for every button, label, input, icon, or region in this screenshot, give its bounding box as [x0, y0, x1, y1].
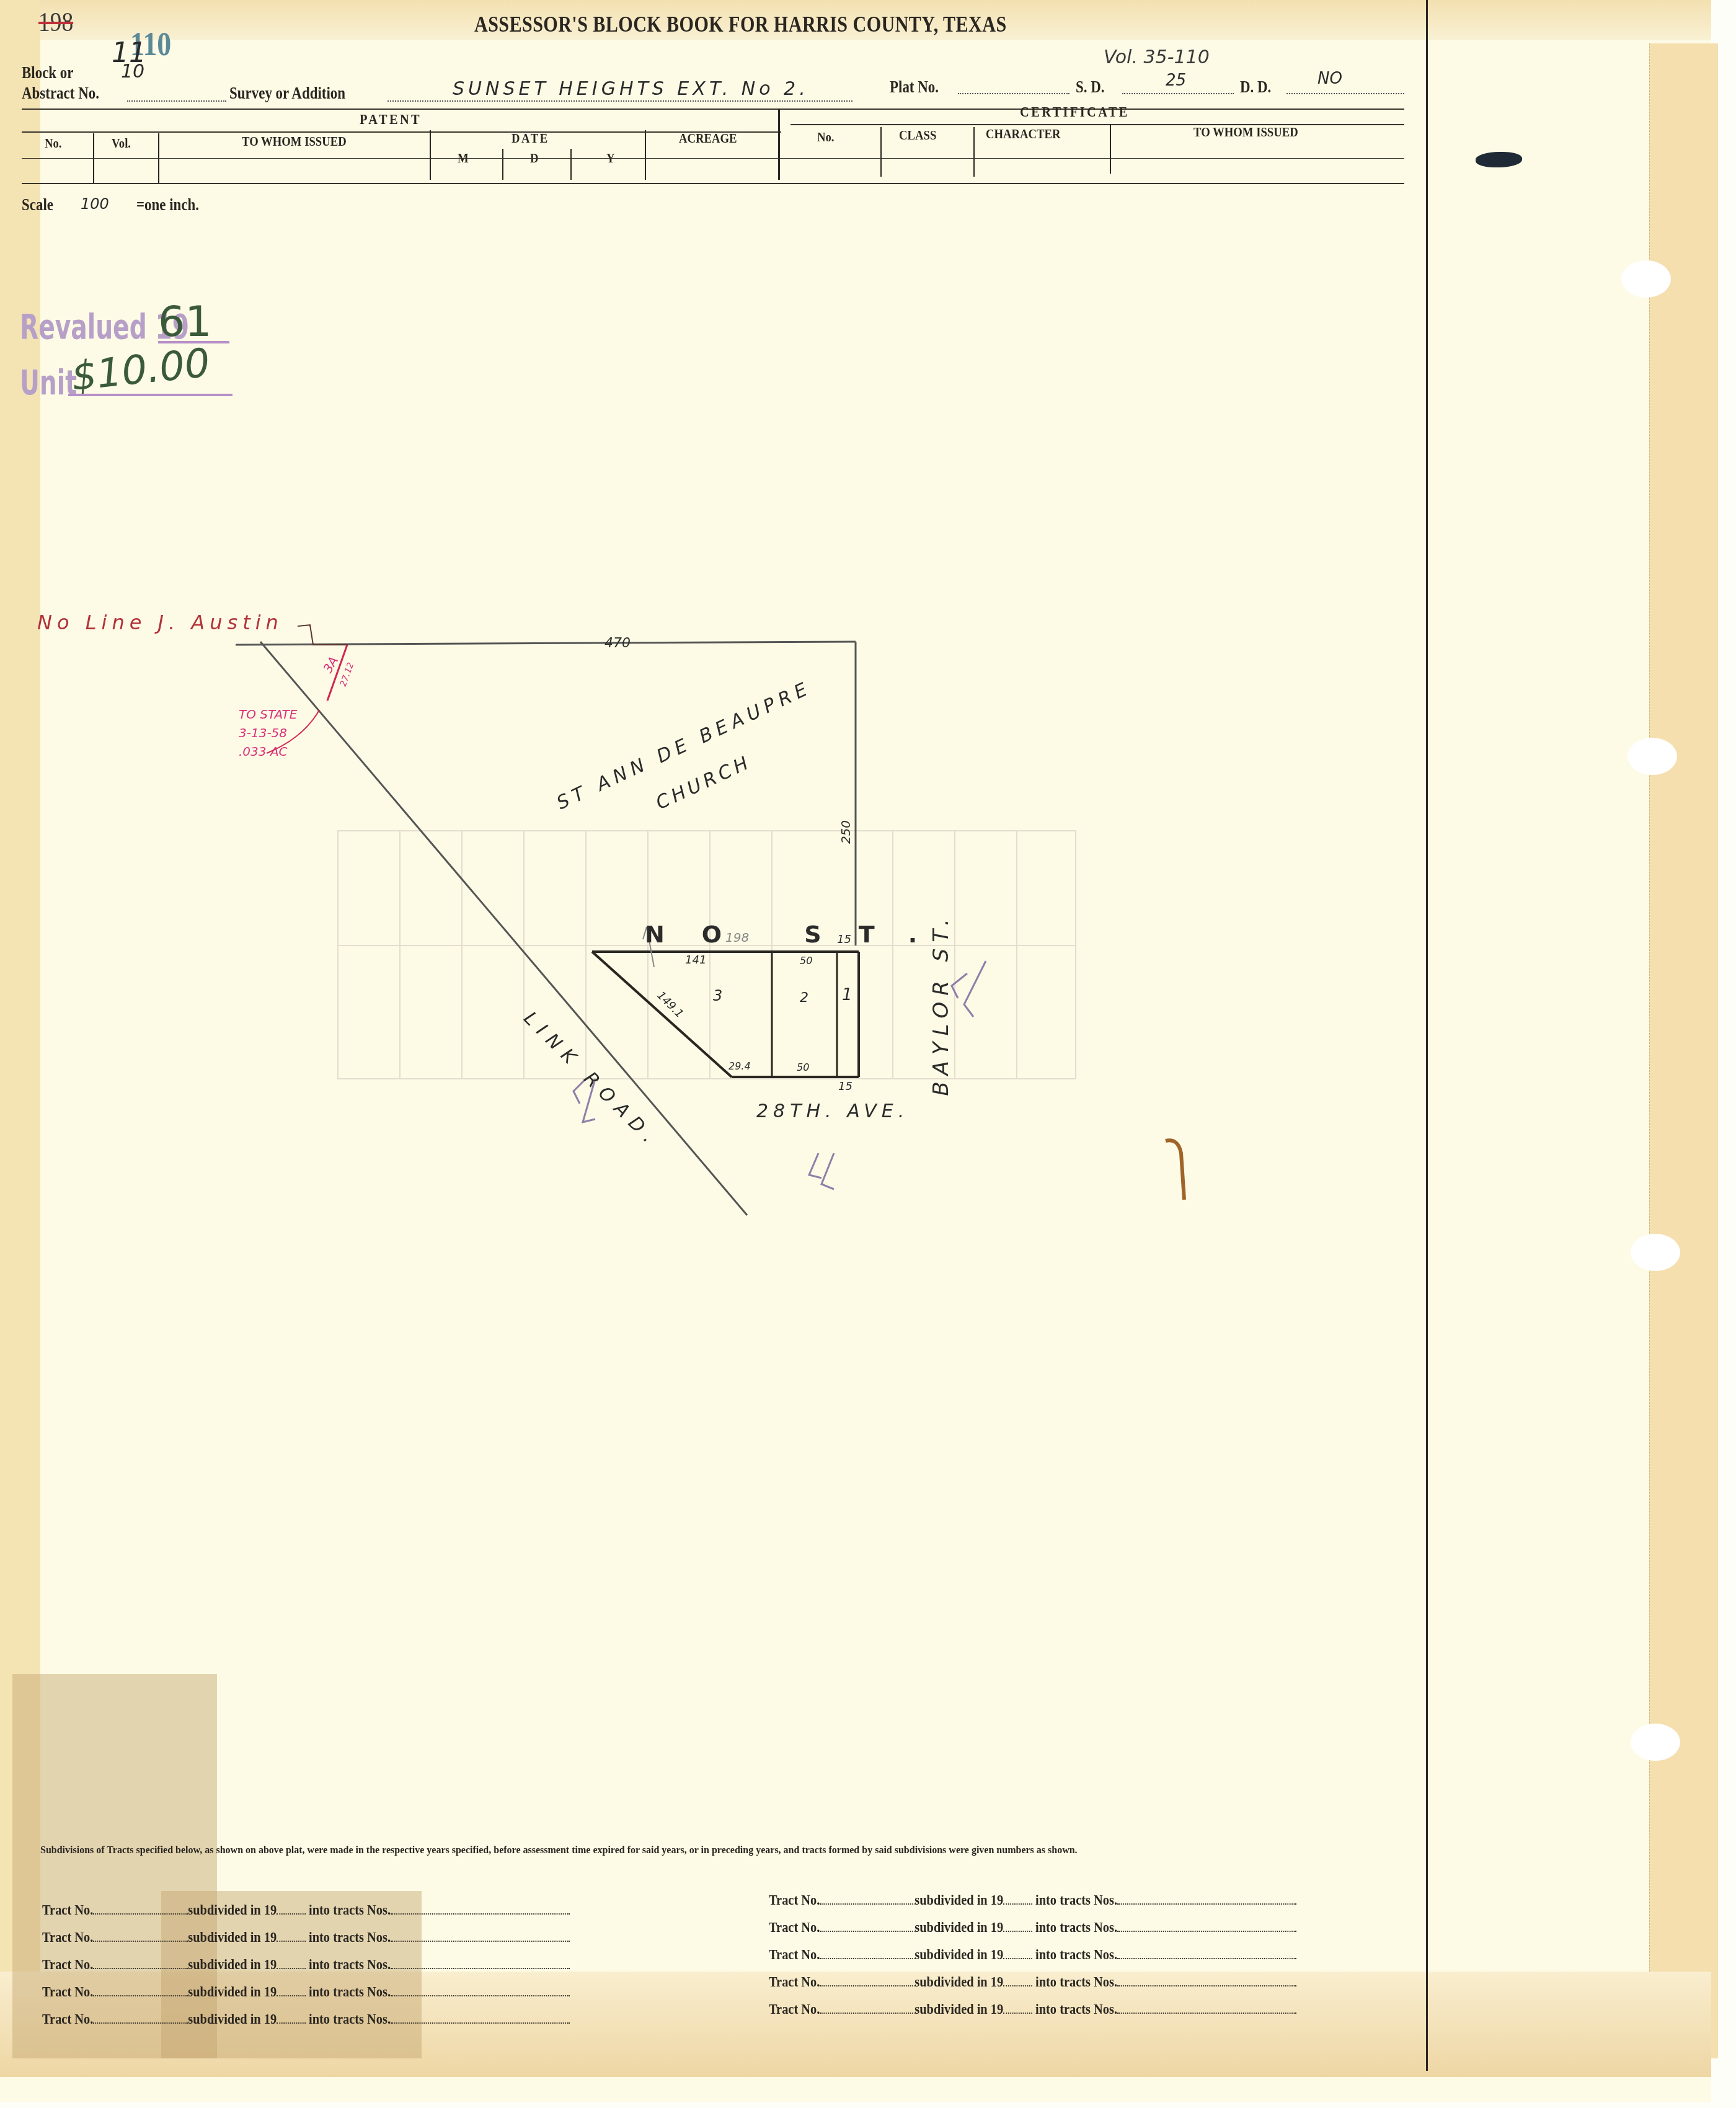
into-label: into tracts Nos. — [1035, 1974, 1117, 1990]
tract-row-left[interactable]: Tract No.subdivided in 19 into tracts No… — [42, 1957, 570, 1973]
dim-no-st-198: 198 — [725, 930, 749, 945]
subdivided-label: subdivided in 19 — [188, 1929, 277, 1946]
subdivided-label: subdivided in 19 — [188, 1984, 277, 2000]
tract-label: Tract No. — [769, 2001, 820, 2017]
tract-label: Tract No. — [42, 1902, 93, 1918]
dim-lot3-bottom: 29.4 — [728, 1060, 751, 1072]
survey-line-note: No Line J. Austin — [37, 611, 283, 634]
lots-block-outline — [592, 952, 859, 1077]
subdivided-label: subdivided in 19 — [914, 2001, 1003, 2017]
tract-label: Tract No. — [42, 1929, 93, 1946]
subdivided-label: subdivided in 19 — [188, 1957, 277, 1973]
tract-row-left[interactable]: Tract No.subdivided in 19 into tracts No… — [42, 1902, 570, 1919]
dim-top-470: 470 — [604, 635, 631, 651]
tract-row-right[interactable]: Tract No.subdivided in 19 into tracts No… — [769, 1947, 1296, 1964]
tract-row-right[interactable]: Tract No.subdivided in 19 into tracts No… — [769, 1892, 1296, 1909]
document-page: 198 110 11 ASSESSOR'S BLOCK BOOK FOR HAR… — [0, 0, 1711, 2102]
lot-dividers — [772, 952, 837, 1077]
dim-lot3-top: 141 — [685, 954, 706, 967]
tract-row-right[interactable]: Tract No.subdivided in 19 into tracts No… — [769, 2001, 1296, 2018]
tract-row-left[interactable]: Tract No.subdivided in 19 into tracts No… — [42, 1984, 570, 2001]
street-east: BAYLOR ST. — [929, 913, 954, 1096]
into-label: into tracts Nos. — [309, 1902, 391, 1918]
dim-lot2-top: 50 — [800, 955, 812, 967]
subdivision-note: Subdivisions of Tracts specified below, … — [40, 1840, 1404, 1861]
dim-right-250: 250 — [838, 820, 853, 844]
into-label: into tracts Nos. — [309, 1957, 391, 1973]
subdivided-label: subdivided in 19 — [914, 1892, 1003, 1908]
tract-row-left[interactable]: Tract No.subdivided in 19 into tracts No… — [42, 2011, 570, 2028]
subdivided-label: subdivided in 19 — [914, 1947, 1003, 1963]
dim-lot1-top: 15 — [837, 933, 851, 946]
into-label: into tracts Nos. — [309, 1929, 391, 1946]
lot-2-label: 2 — [800, 990, 808, 1006]
tract-label: Tract No. — [42, 1984, 93, 2000]
subdivided-label: subdivided in 19 — [914, 1920, 1003, 1936]
pencil-45-marks — [573, 961, 986, 1189]
lot-3-label: 3 — [713, 987, 722, 1004]
tract-label: Tract No. — [42, 1957, 93, 1973]
into-label: into tracts Nos. — [309, 2011, 391, 2027]
ink-blot — [1476, 152, 1522, 167]
into-label: into tracts Nos. — [1035, 1892, 1117, 1908]
tract-label: Tract No. — [42, 2011, 93, 2027]
into-label: into tracts Nos. — [309, 1984, 391, 2000]
tract-row-left[interactable]: Tract No.subdivided in 19 into tracts No… — [42, 1929, 570, 1946]
dim-lot2-bottom: 50 — [797, 1061, 809, 1073]
street-south: 28TH. AVE. — [756, 1100, 909, 1122]
street-north: NO ST. — [645, 921, 954, 948]
tract-label: Tract No. — [769, 1947, 820, 1963]
tract-3a-note-line3: .033 AC — [239, 744, 288, 759]
subdivided-label: subdivided in 19 — [188, 2011, 277, 2027]
survey-line-arrow — [298, 625, 347, 645]
tract-3a-note-line1: TO STATE — [239, 707, 297, 722]
tract-3a-note-line2: 3-13-58 — [239, 725, 287, 740]
tract-row-right[interactable]: Tract No.subdivided in 19 into tracts No… — [769, 1974, 1296, 1991]
tract-label: Tract No. — [769, 1892, 820, 1908]
tract-label: Tract No. — [769, 1920, 820, 1936]
into-label: into tracts Nos. — [1035, 1947, 1117, 1963]
lot-1-label: 1 — [842, 986, 852, 1004]
ink-stain — [1166, 1140, 1184, 1200]
subdivided-label: subdivided in 19 — [188, 1902, 277, 1918]
dim-lot1-bottom: 15 — [838, 1080, 852, 1093]
subdivided-label: subdivided in 19 — [914, 1974, 1003, 1990]
into-label: into tracts Nos. — [1035, 2001, 1117, 2017]
plat-drawing — [0, 0, 1736, 2108]
tract-row-right[interactable]: Tract No.subdivided in 19 into tracts No… — [769, 1920, 1296, 1936]
faint-lot-grid — [338, 831, 1076, 1079]
tract-label: Tract No. — [769, 1974, 820, 1990]
into-label: into tracts Nos. — [1035, 1920, 1117, 1936]
